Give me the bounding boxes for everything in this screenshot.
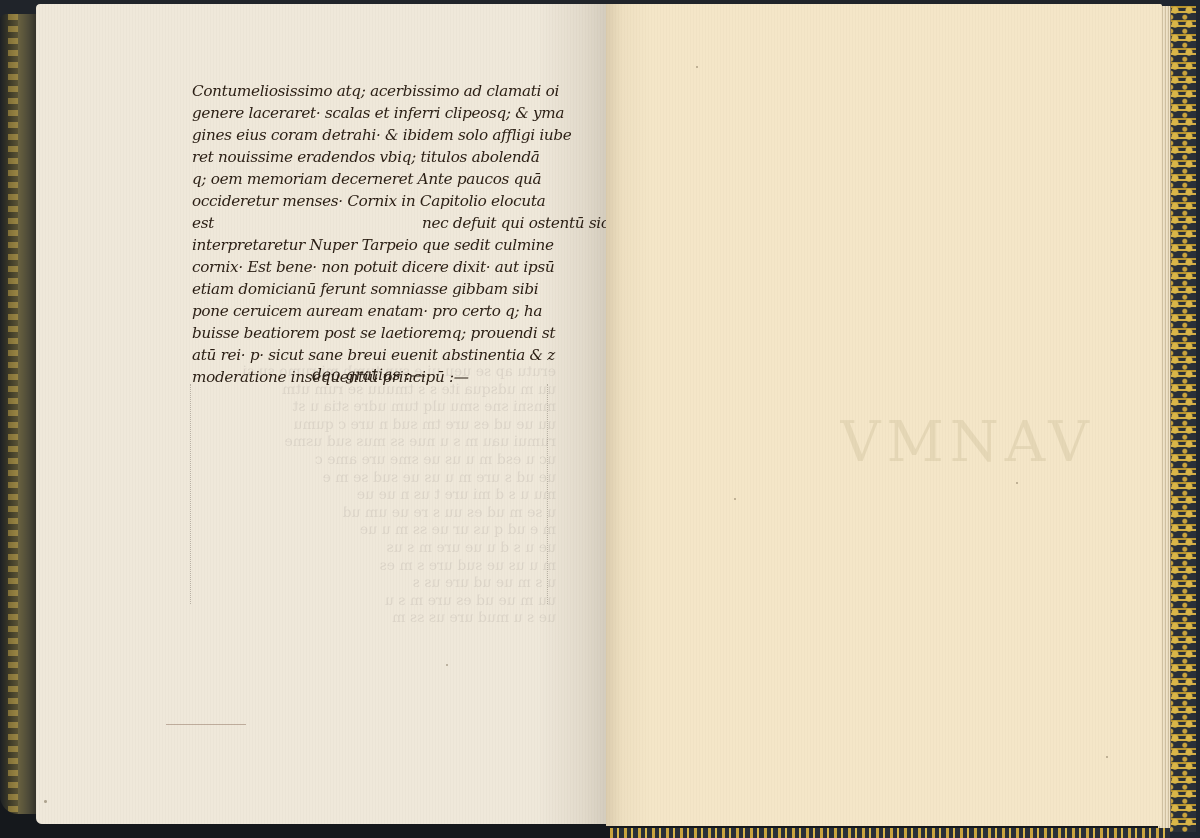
text-line: gines eius coram detrahi· & ibidem solo …: [192, 124, 552, 146]
manuscript-text-block: Contumeliosissimo atq; acerbissimo ad cl…: [192, 80, 552, 388]
gilt-border-ornament: [1167, 6, 1196, 832]
text-line: ret nouissime eradendos vbiq; titulos ab…: [192, 146, 552, 168]
text-line: pone ceruicem auream enatam· pro certo q…: [192, 300, 552, 322]
paper-speck: [696, 66, 698, 68]
text-line: etiam domicianū ferunt somniasse gibbam …: [192, 278, 552, 300]
paper-speck: [1016, 482, 1018, 484]
right-page: VMNAV: [606, 4, 1162, 826]
bottom-gilt-border: [610, 828, 1170, 838]
paper-speck: [446, 664, 448, 666]
paper-speck: [1106, 756, 1108, 758]
text-line: genere laceraret· scalas et inferri clip…: [192, 102, 552, 124]
text-line: occideretur menses· Cornix in Capitolio …: [192, 190, 552, 212]
paper-speck: [734, 498, 736, 500]
text-fragment: nec defuit qui ostentū sic: [422, 214, 609, 232]
explicit-colophon: deo gratias :—: [312, 366, 426, 384]
paper-watermark: VMNAV: [840, 410, 1110, 480]
text-line: q; oem memoriam decerneret Ante paucos q…: [192, 168, 552, 190]
stray-pen-mark: [166, 724, 246, 725]
text-line: cornix· Est bene· non potuit dicere dixi…: [192, 256, 552, 278]
text-line: interpretaretur Nuper Tarpeio que sedit …: [192, 234, 552, 256]
text-line-with-gap: estnec defuit qui ostentū sic: [192, 212, 552, 234]
show-through-line: ue s u mud ure us ss m: [186, 610, 556, 628]
paper-speck: [44, 800, 47, 803]
text-line: Contumeliosissimo atq; acerbissimo ad cl…: [192, 80, 552, 102]
ruling-frame: [190, 384, 548, 604]
text-line: buisse beatiorem post se laetioremq; pro…: [192, 322, 552, 344]
text-line: atū rei· p· sicut sane breui euenit abst…: [192, 344, 552, 366]
text-fragment: est: [192, 214, 214, 232]
left-page: erutu ap se ueu ui e sun tumb mi rumo su…: [36, 4, 606, 824]
